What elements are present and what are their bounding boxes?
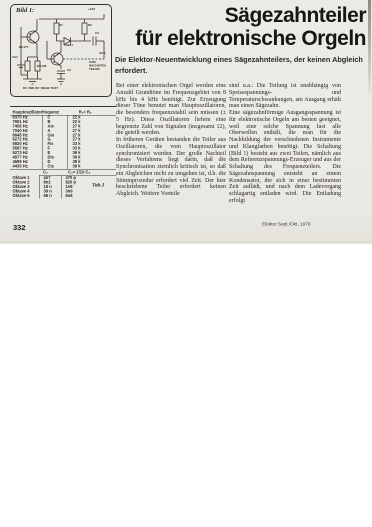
scan-edge-artifact	[368, 0, 371, 100]
transistor-icon	[47, 41, 63, 69]
page-number: 332	[13, 223, 26, 232]
octave-cell: Oktave 5	[10, 194, 39, 199]
capacitor-icon	[57, 71, 65, 74]
transistor-icon	[21, 19, 39, 57]
body-column-1: Bei einer elektronischen Orgel werden ei…	[116, 83, 226, 198]
ground-icon	[57, 79, 65, 84]
transistor1-label: BC177	[19, 46, 28, 50]
paragraph: sind u.a.: Die Teilung ist unabhängig vo…	[229, 83, 341, 110]
page-title-line1: Sägezahnteiler	[135, 5, 366, 28]
diode-label: 1N914	[64, 44, 73, 48]
transistor2-label: BC108	[37, 65, 46, 69]
ground-icon	[23, 79, 42, 84]
figure-label: Bild 1:	[16, 7, 34, 14]
body-column-2: sind u.a.: Die Teilung ist unabhängig vo…	[229, 83, 341, 205]
article-intro: Die Elektor-Neuentwicklung eines Sägezah…	[115, 55, 368, 76]
scanned-page: Bild 1: +12V R1 R2 BC177 BC108 1N914 C2 …	[0, 0, 372, 242]
table-row: 4435 HzCis39 k	[10, 164, 116, 168]
frequency-rows: 8370 HzC22 k 7901 HzB22 k 7456 HzAis27 k…	[10, 116, 116, 170]
header-c3: C₃= 1/10 C₂	[65, 170, 116, 175]
paragraph: Bei einer elektronischen Orgel werden ei…	[116, 83, 226, 137]
page-title: Sägezahnteiler für elektronische Orgeln	[135, 5, 366, 50]
capacitor-c2-label: C2	[67, 69, 71, 73]
paragraph: Eine sägezahnförmige Ausgangsspannung is…	[229, 110, 341, 205]
r-cell: 39 k	[67, 164, 109, 168]
capacitor-c3-label: C3	[95, 32, 99, 36]
freq-cell: 4435 Hz	[10, 164, 42, 168]
header-resistance: R₁= R₂	[72, 110, 116, 115]
table-row: Oktave 568 n6n8	[10, 194, 116, 199]
page-title-line2: für elektronische Orgeln	[135, 28, 366, 51]
header-frequency: Hauptoszillatorfrequenz	[10, 110, 72, 115]
capacitor-icon	[93, 37, 96, 46]
resistor-r2-label: R2	[88, 24, 92, 28]
resistor-r1-label: R1	[59, 24, 63, 28]
output-label: AUS	[99, 52, 105, 56]
note-cell: Cis	[42, 164, 67, 168]
table-caption: Tab.1	[92, 182, 104, 188]
component-note-label: R1 UND R2: SIEHE TEXT	[23, 87, 58, 91]
vref-label: Vref	[12, 56, 18, 60]
c3-cell: 6n8	[61, 194, 96, 199]
paragraph: In früheren Geräten bestanden die Teiler…	[116, 137, 226, 198]
circuit-schematic	[11, 5, 111, 95]
journal-credit: Elektor Sept./Okt. 1970	[262, 221, 310, 227]
header-c2: C₂	[39, 170, 65, 175]
output-note-label: ZUM NÄCHSTEN TEILER	[89, 61, 110, 72]
figure-bild-1: Bild 1: +12V R1 R2 BC177 BC108 1N914 C2 …	[10, 4, 112, 97]
supply-voltage-label: +12V	[88, 8, 95, 12]
c2-cell: 68 n	[39, 194, 61, 199]
